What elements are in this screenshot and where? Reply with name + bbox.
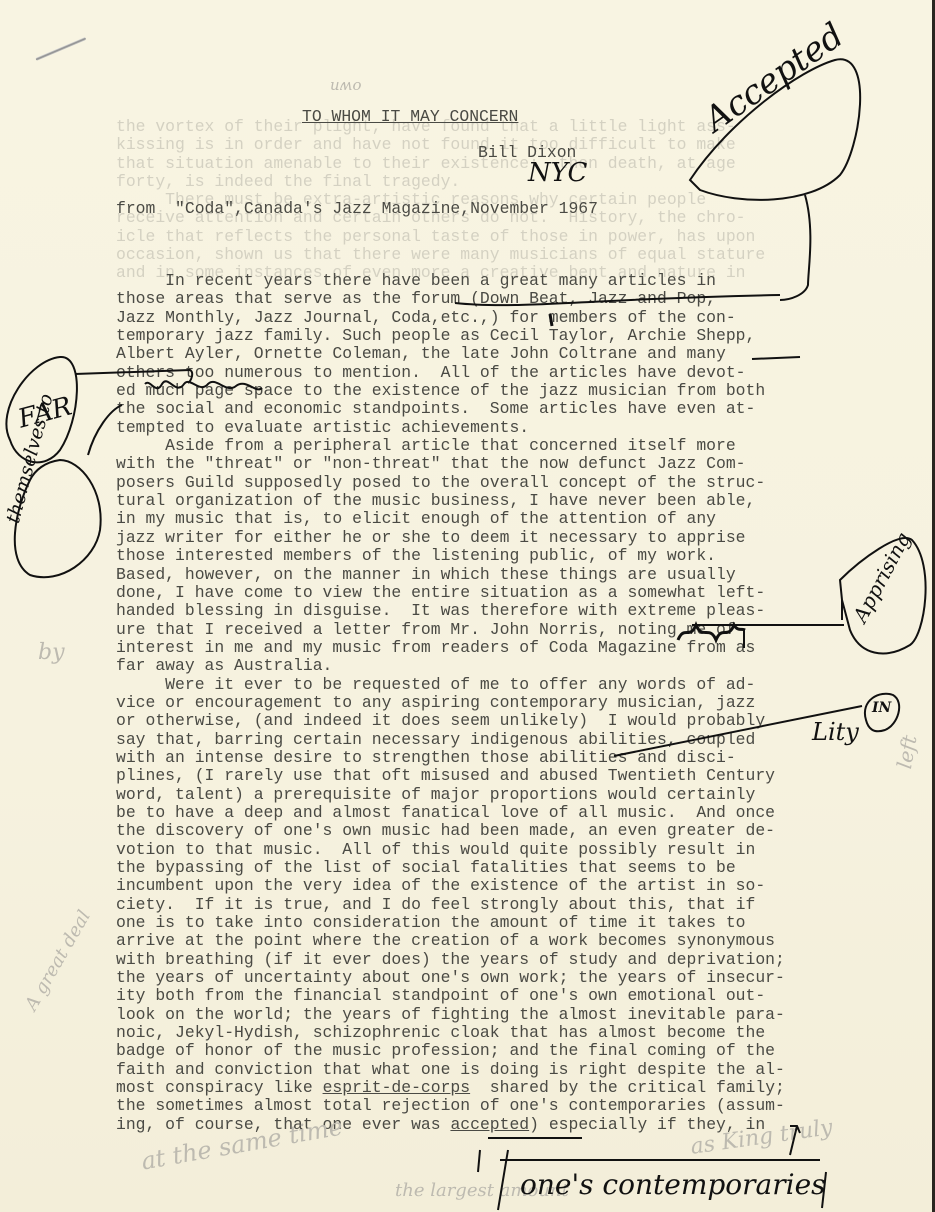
body-line: incumbent upon the very idea of the exis… bbox=[116, 877, 856, 895]
document-title: TO WHOM IT MAY CONCERN bbox=[302, 107, 518, 126]
pencil-note-by: by bbox=[38, 640, 65, 665]
body-line: those areas that serve as the forum (Dow… bbox=[116, 290, 856, 308]
body-line: the bypassing of the list of social fata… bbox=[116, 859, 856, 877]
body-line: far away as Australia. bbox=[116, 657, 856, 675]
annotation-themselves-to: themselves to bbox=[2, 404, 54, 526]
body-line: Aside from a peripheral article that con… bbox=[116, 437, 856, 455]
body-line: In recent years there have been a great … bbox=[116, 272, 856, 290]
body-line: others too numerous to mention. All of t… bbox=[116, 364, 856, 382]
body-line: the social and economic standpoints. Som… bbox=[116, 400, 856, 418]
body-line: badge of honor of the music profession; … bbox=[116, 1042, 856, 1060]
body-line: Jazz Monthly, Jazz Journal, Coda,etc.,) … bbox=[116, 309, 856, 327]
body-line: handed blessing in disguise. It was ther… bbox=[116, 602, 856, 620]
body-line: one is to take into consideration the am… bbox=[116, 914, 856, 932]
document-body: In recent years there have been a great … bbox=[116, 272, 856, 1134]
body-line: tempted to evaluate artistic achievement… bbox=[116, 419, 856, 437]
document-source: from "Coda",Canada's Jazz Magazine,Novem… bbox=[116, 199, 598, 218]
body-line: those interested members of the listenin… bbox=[116, 547, 856, 565]
body-line: faith and conviction that what one is do… bbox=[116, 1061, 856, 1079]
annotation-accepted: Accepted bbox=[697, 15, 851, 140]
body-line: posers Guild supposedly posed to the ove… bbox=[116, 474, 856, 492]
annotation-apprising: Apprising bbox=[848, 528, 915, 626]
staple bbox=[35, 37, 86, 61]
body-line: look on the world; the years of fighting… bbox=[116, 1006, 856, 1024]
body-line: with breathing (if it ever does) the yea… bbox=[116, 951, 856, 969]
body-line: ed much page space to the existence of t… bbox=[116, 382, 856, 400]
body-line: the years of uncertainty about one's own… bbox=[116, 969, 856, 987]
body-line: Were it ever to be requested of me to of… bbox=[116, 676, 856, 694]
body-line: ity both from the financial standpoint o… bbox=[116, 987, 856, 1005]
body-line: Based, however, on the manner in which t… bbox=[116, 566, 856, 584]
body-line: be to have a deep and almost fanatical l… bbox=[116, 804, 856, 822]
body-line: done, I have come to view the entire sit… bbox=[116, 584, 856, 602]
pencil-note-a-great-deal: A great deal bbox=[21, 907, 95, 1014]
body-line: ciety. If it is true, and I do feel stro… bbox=[116, 896, 856, 914]
annotation-in: IN bbox=[872, 700, 891, 716]
body-line: interest in me and my music from readers… bbox=[116, 639, 856, 657]
body-line: ure that I received a letter from Mr. Jo… bbox=[116, 621, 856, 639]
body-line: temporary jazz family. Such people as Ce… bbox=[116, 327, 856, 345]
body-line: in my music that is, to elicit enough of… bbox=[116, 510, 856, 528]
body-line: votion to that music. All of this would … bbox=[116, 841, 856, 859]
body-line: with an intense desire to strengthen tho… bbox=[116, 749, 856, 767]
body-line: say that, barring certain necessary indi… bbox=[116, 731, 856, 749]
annotation-nyc: NYC bbox=[528, 158, 587, 188]
pencil-note-left: left bbox=[892, 733, 921, 770]
pencil-note-own: own bbox=[330, 78, 362, 96]
body-line: vice or encouragement to any aspiring co… bbox=[116, 694, 856, 712]
body-line: or otherwise, (and indeed it does seem u… bbox=[116, 712, 856, 730]
body-line: tural organization of the music business… bbox=[116, 492, 856, 510]
body-line: word, talent) a prerequisite of major pr… bbox=[116, 786, 856, 804]
annotation-ones-contemporaries: one's contemporaries bbox=[520, 1168, 826, 1201]
body-line: arrive at the point where the creation o… bbox=[116, 932, 856, 950]
body-line: the sometimes almost total rejection of … bbox=[116, 1097, 856, 1115]
document-page: the vortex of their plight, have found t… bbox=[0, 0, 935, 1212]
body-line: Albert Ayler, Ornette Coleman, the late … bbox=[116, 345, 856, 363]
body-line: the discovery of one's own music had bee… bbox=[116, 822, 856, 840]
body-line: with the "threat" or "non-threat" that t… bbox=[116, 455, 856, 473]
body-line: plines, (I rarely use that oft misused a… bbox=[116, 767, 856, 785]
annotation-lity: Lity bbox=[812, 718, 859, 746]
body-line: noic, Jekyl-Hydish, schizophrenic cloak … bbox=[116, 1024, 856, 1042]
body-line: most conspiracy like esprit-de-corps sha… bbox=[116, 1079, 856, 1097]
body-line: jazz writer for either he or she to deem… bbox=[116, 529, 856, 547]
